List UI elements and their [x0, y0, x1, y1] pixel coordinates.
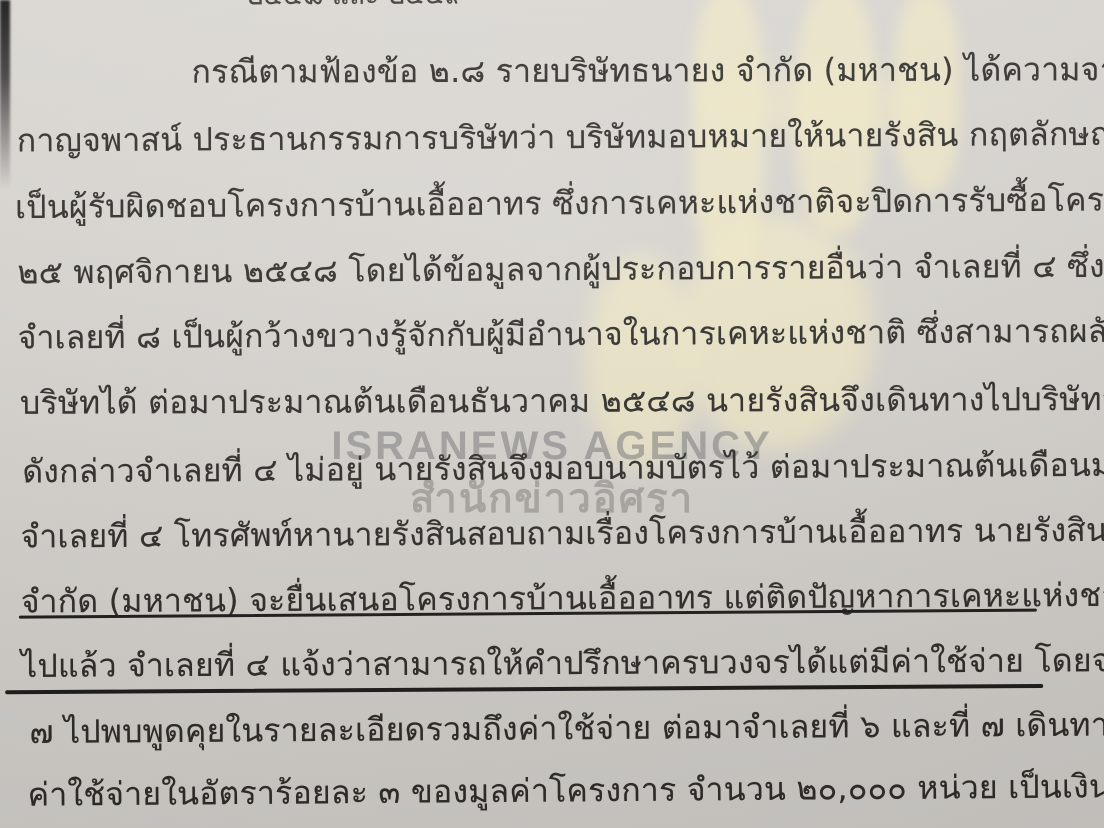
document-photo: ISRANEWS AGENCY สำนักข่าวอิศรา ๒๕๔๘ และ … [0, 0, 1104, 828]
text-line: ไปแล้ว จำเลยที่ ๔ แจ้งว่าสามารถให้คำปรึก… [21, 638, 1104, 688]
photo-edge-shadow [0, 0, 10, 190]
text-line: ดังกล่าวจำเลยที่ ๔ ไม่อยู่ นายรังสินจึงม… [22, 443, 1104, 494]
text-line: ๗ ไปพบพูดคุยในรายละเอียดรวมถึงค่าใช้จ่าย… [29, 702, 1104, 754]
text-line: จำเลยที่ ๔ โทรศัพท์หานายรังสินสอบถามเรื่… [20, 507, 1104, 558]
text-line: ค่าใช้จ่ายในอัตราร้อยละ ๓ ของมูลค่าโครงก… [27, 763, 1104, 817]
text-line: ๒๕ พฤศจิกายน ๒๕๔๘ โดยได้ข้อมูลจากผู้ประก… [17, 244, 1104, 295]
clipped-top-line: ๒๕๔๘ และ ๒๕๔๙ [246, 0, 464, 14]
text-line: บริษัทได้ ต่อมาประมาณต้นเดือนธันวาคม ๒๕๔… [20, 377, 1104, 425]
document-text: ๒๕๔๘ และ ๒๕๔๙ กรณีตามฟ้องข้อ ๒.๘ รายบริษ… [0, 0, 1104, 828]
text-line: จำเลยที่ ๘ เป็นผู้กว้างขวางรู้จักกับผู้ม… [18, 308, 1104, 359]
text-line: กรณีตามฟ้องข้อ ๒.๘ รายบริษัทธนายง จำกัด … [191, 48, 1104, 94]
text-line: เป็นผู้รับผิดชอบโครงการบ้านเอื้ออาทร ซึ่… [15, 177, 1104, 229]
text-line: กาญจพาสน์ ประธานกรรมการบริษัทว่า บริษัทม… [17, 111, 1104, 162]
